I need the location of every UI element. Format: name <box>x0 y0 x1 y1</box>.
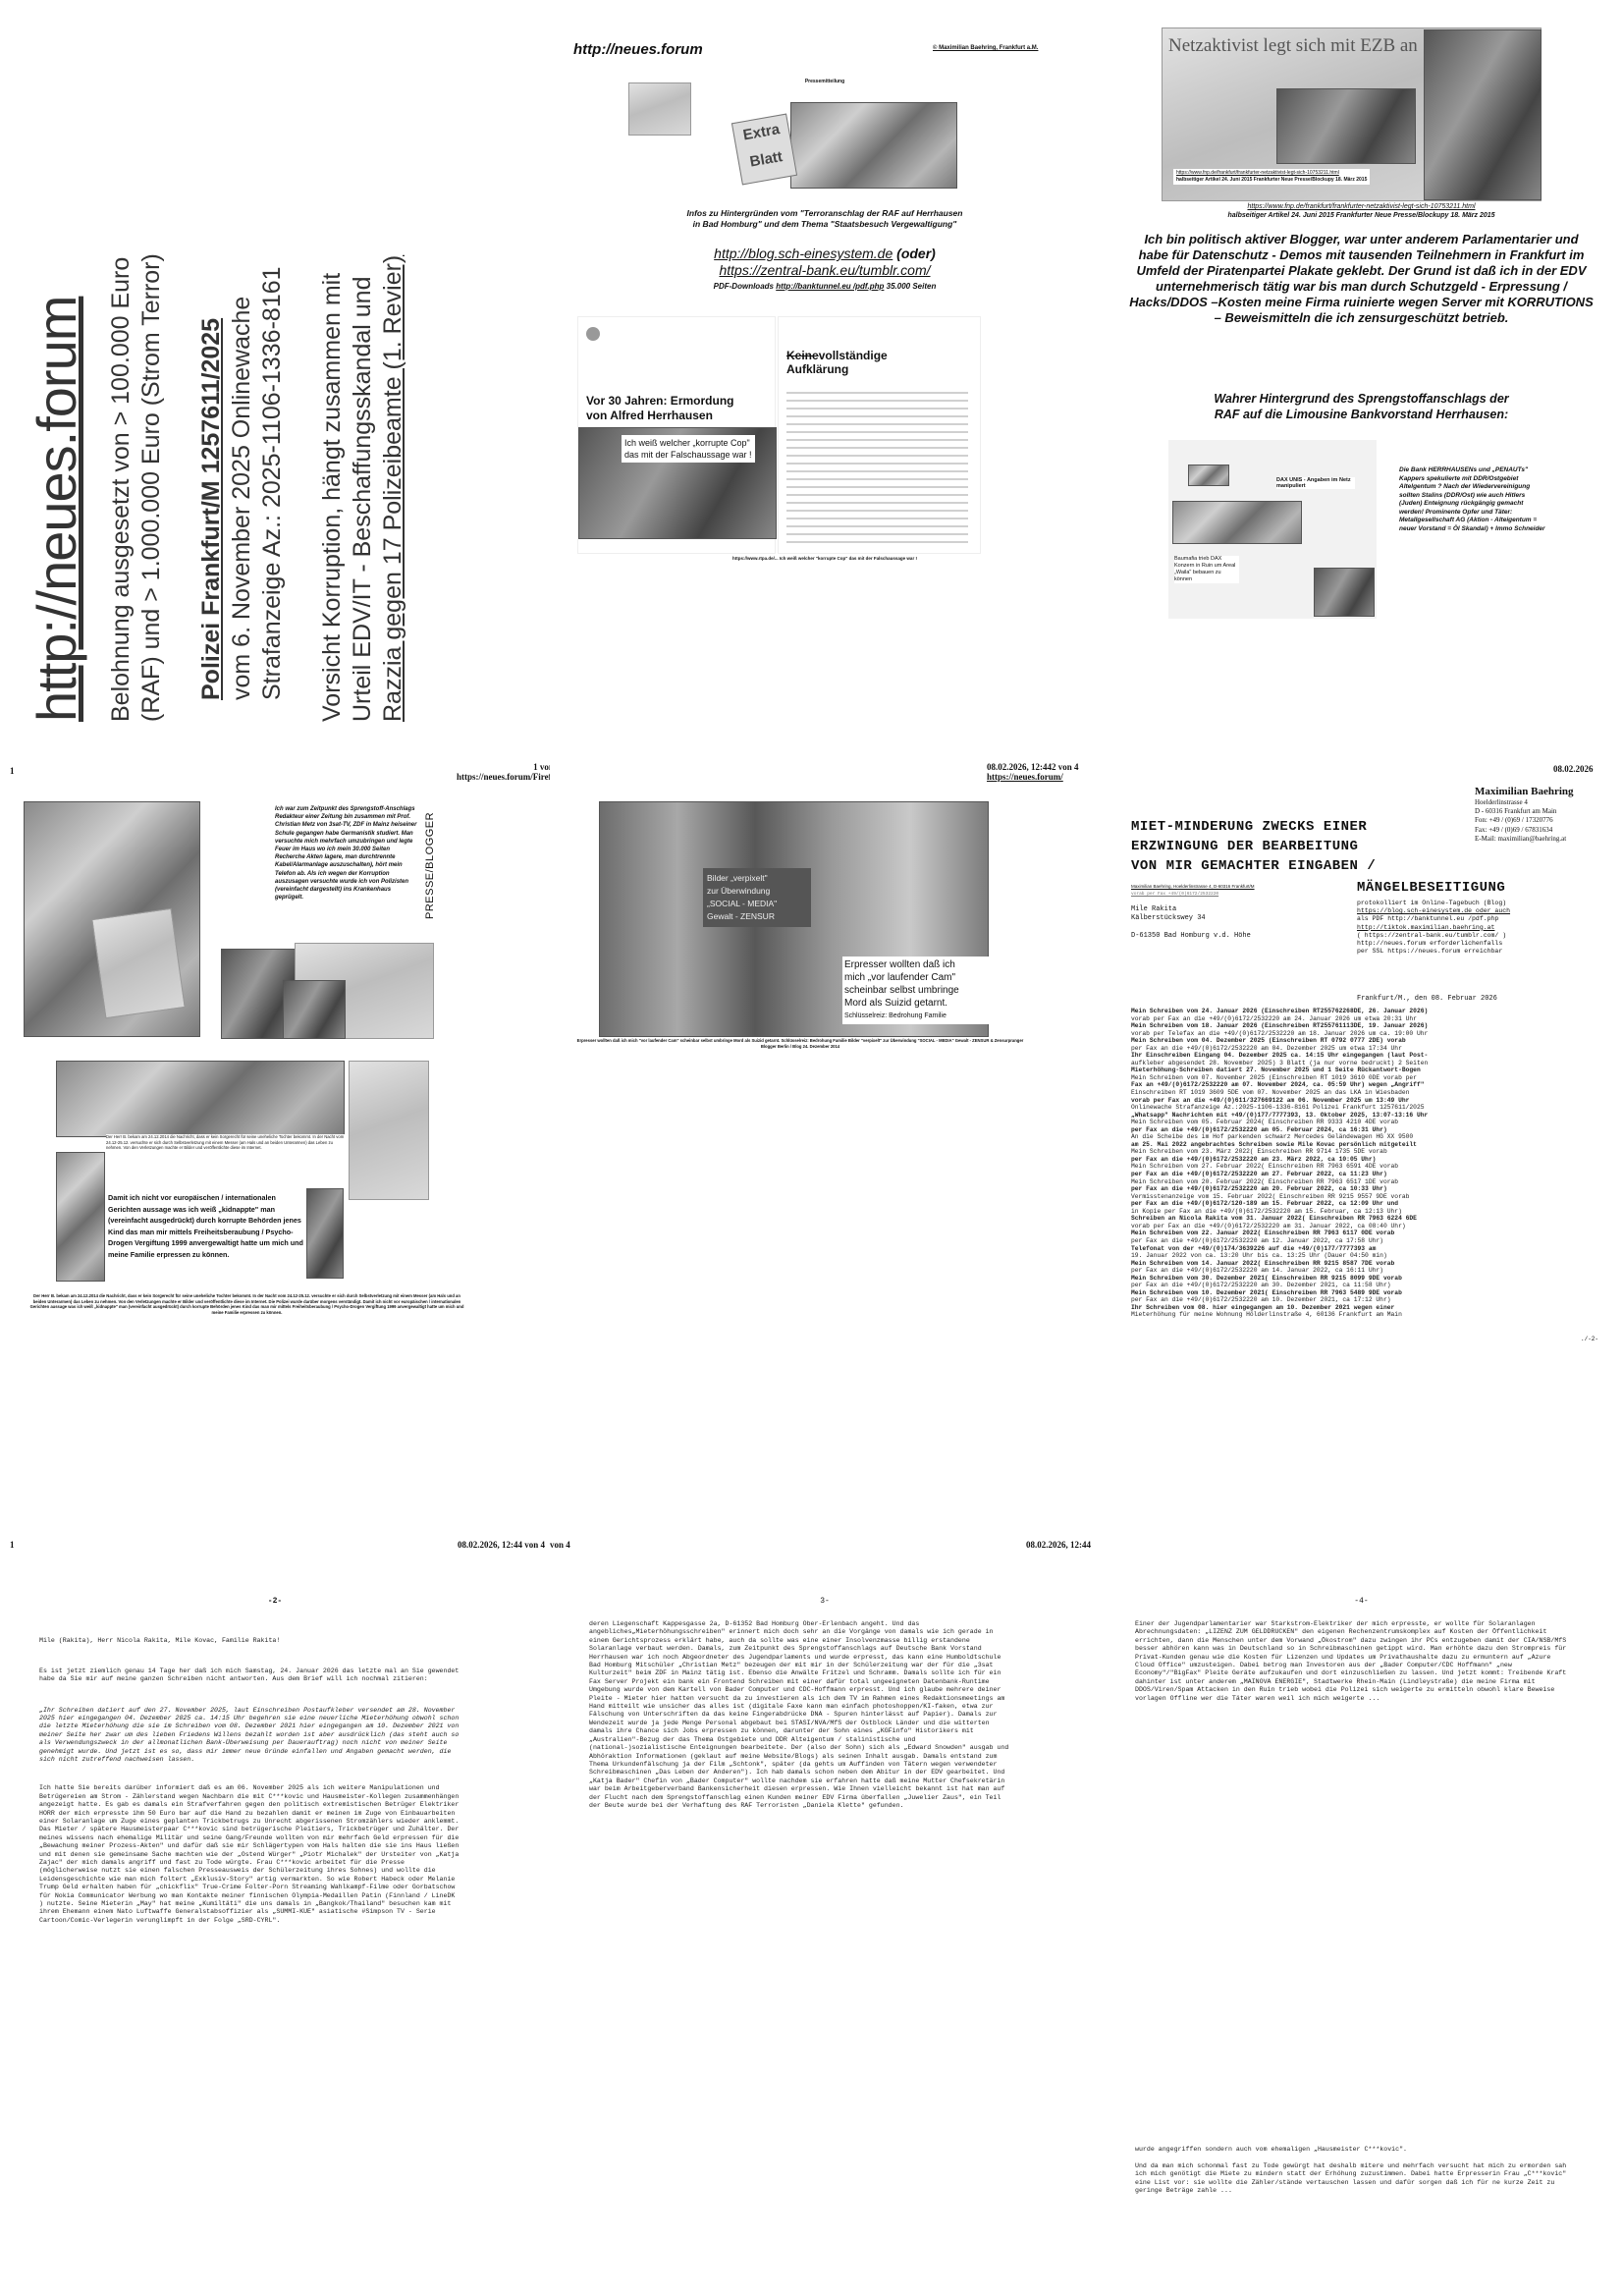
bank-side-text: Die Bank HERRHAUSENs und „PENAUTs" Kappe… <box>1399 466 1546 533</box>
person-photo-2 <box>283 980 346 1039</box>
herrhausen-headline: Vor 30 Jahren: Ermordung von Alfred Herr… <box>586 394 733 423</box>
continued-marker: ./-2- <box>1581 1336 1598 1342</box>
letter-title: MIET-MINDERUNG ZWECKS EINER ERZWINGUNG D… <box>1131 817 1376 876</box>
quote-line-2: mich „vor laufender Cam" <box>844 971 990 984</box>
police-notice: Polizei Frankfurt/M 1257611/2025 vom 6. … <box>196 44 288 722</box>
correspondence-entry: Mein Schreiben vom 22. Januar 2022( Eins… <box>1131 1230 1593 1237</box>
page-header-right: 08.02.2026, 12:442 von 4 https://neues.f… <box>987 762 1079 782</box>
ezb-tower-photo <box>1424 29 1542 200</box>
police-date: vom 6. November 2025 Onlinewache <box>227 44 257 700</box>
press-blogger-label: PRESSE/BLOGGER <box>424 812 436 919</box>
reward-notice: Belohnung ausgesetzt von > 100.000 Euro … <box>106 44 167 722</box>
quote-line-3: scheinbar selbst umbringe <box>844 984 990 997</box>
clipping-inner-caption: https://www.fnp.de/frankfurt/frankfurter… <box>1173 169 1370 185</box>
correspondence-entry: am 25. Mai 2022 angebrachtes Schreiben s… <box>1131 1141 1593 1149</box>
headline-line-2: von Alfred Herrhausen <box>586 409 733 423</box>
correspondence-entry: „Whatsapp" Nachrichten mit +49/(0)177/77… <box>1131 1112 1593 1120</box>
intro-paragraph: Es ist jetzt ziemlich genau 14 Tage her … <box>39 1667 461 1684</box>
police-case-number: Polizei Frankfurt/M 1257611/2025 <box>196 44 227 700</box>
aufklaerung-headline: Keinevollständige Aufklärung <box>786 349 888 376</box>
correspondence-entry: Mein Schreiben vom 23. März 2022( Einsch… <box>1131 1148 1593 1156</box>
correspondence-entry: Ihr Einschreiben Eingang 04. Dezember 20… <box>1131 1052 1593 1060</box>
warning-line-3: Razzia gegen 17 Polizeibeamte (1. Revier… <box>378 44 408 722</box>
pixel-line-4: Gewalt - ZENSUR <box>707 910 807 923</box>
correspondence-entry: Mein Schreiben vom 10. Dezember 2021( Ei… <box>1131 1289 1593 1297</box>
warning-line-1: Vorsicht Korruption, hängt zusammen mit <box>317 44 348 722</box>
inner-url[interactable]: https://www.fnp.de/frankfurt/frankfurter… <box>1176 170 1367 177</box>
correspondence-entry: per Fax an die +49/(0)6172/2532220 am 23… <box>1131 1156 1593 1164</box>
sender-name: Maximilian Baehring <box>1475 786 1574 798</box>
site-url-heading[interactable]: http://neues.forum <box>25 44 88 722</box>
blog-link[interactable]: http://blog.sch-einesystem.de <box>714 246 893 261</box>
page-marker: -2- <box>0 1597 550 1606</box>
correspondence-entry: Mein Schreiben vom 05. Februar 2024( Ein… <box>1131 1119 1593 1126</box>
pixel-line-1: Bilder „verpixelt" <box>707 872 807 885</box>
info-line-2: in Bad Homburg" und dem Thema "Staatsbes… <box>550 219 1100 230</box>
link-or-label: (oder) <box>896 246 936 261</box>
pdf-pages: 35.000 Seiten <box>887 282 937 291</box>
report-small-text: Der Herr B. bekam am 24.12.2014 die Nach… <box>106 1134 347 1151</box>
page-marker: -4- <box>1100 1597 1623 1606</box>
correspondence-entry: per Fax an die +49/(0)6172/2532220 am 04… <box>1131 1045 1593 1053</box>
page-number: 1 <box>10 766 15 776</box>
true-background-heading: Wahrer Hintergrund des Sprengstoffanschl… <box>1100 391 1623 422</box>
correspondence-entry: Mein Schreiben vom 20. Februar 2022( Ein… <box>1131 1178 1593 1186</box>
sender-email[interactable]: E-Mail: maximilian@baehring.at <box>1475 835 1574 844</box>
correspondence-entry: per Fax an die +49/(0)6172/2532220 am 30… <box>1131 1282 1593 1289</box>
pdf-label: PDF-Downloads <box>714 282 774 291</box>
correspondence-entry: Mein Schreiben vom 18. Januar 2026 (Eins… <box>1131 1022 1593 1030</box>
page-3-blogger-info: Netzaktivist legt sich mit EZB an https:… <box>1100 0 1623 746</box>
sender-city: D - 60316 Frankfurt am Main <box>1475 807 1574 816</box>
subhead-line-1: Wahrer Hintergrund des Sprengstoffanschl… <box>1100 391 1623 407</box>
collage-label-2: Baumafia trieb DAX Konzern in Ruin um Ar… <box>1174 556 1239 583</box>
header-page-of: von 4 <box>550 1540 570 1550</box>
page-6-letter-first: 08.02.2026 Maximilian Baehring Hoelderli… <box>1100 756 1623 1503</box>
copyright-note: © Maximilian Baehring, Frankfurt a.M. <box>933 45 1038 51</box>
collage-overlay-photo <box>91 908 185 1018</box>
correspondence-list: Mein Schreiben vom 24. Januar 2026 (Eins… <box>1131 1008 1593 1319</box>
pixel-line-3: „SOCIAL - MEDIA" <box>707 898 807 910</box>
headline-line-2: Aufklärung <box>786 362 888 376</box>
protocol-pdf-link[interactable]: als PDF http://banktunnel.eu /pdf.php <box>1357 915 1510 923</box>
pdf-link[interactable]: http://banktunnel.eu /pdf.php <box>776 282 884 291</box>
page-8-letter-3: von 4 08.02.2026, 12:44 3- deren Liegens… <box>550 1512 1100 2296</box>
warning-line-2: Urteil EDV/IT - Beschaffungsskandal und <box>348 44 378 722</box>
correspondence-entry: Mein Schreiben vom 07. November 2025 (Ei… <box>1131 1074 1593 1082</box>
correspondence-entry: vorab per Telefax an die +49/(0)6172/253… <box>1131 1030 1593 1038</box>
collage-photo-2 <box>1314 568 1375 617</box>
protocol-forum-link[interactable]: http://neues.forum erforderlichenfalls <box>1357 940 1510 948</box>
page-7-letter-2: 1 08.02.2026, 12:44 von 4 -2- Mile (Raki… <box>0 1512 550 2296</box>
page-marker: 3- <box>550 1597 1100 1606</box>
collage-photo-1 <box>1188 465 1229 486</box>
correspondence-entry: per Fax an die +49/(0)6172/2532220 am 10… <box>1131 1296 1593 1304</box>
title-line-2: ERZWINGUNG DER BEARBEITUNG <box>1131 837 1376 856</box>
recipient-name: Mile Rakita <box>1131 905 1251 914</box>
title-line-4: MÄNGELBESEITIGUNG <box>1357 880 1505 896</box>
letter-body: Einer der Jugendparlamentarier war Stark… <box>1135 1620 1567 1703</box>
headline-word: vollständige <box>819 349 888 362</box>
correspondence-entry: Mein Schreiben vom 04. Dezember 2025 (Ei… <box>1131 1037 1593 1045</box>
correspondence-entry: Mieterhöhung für meine Wohnung Hölderlin… <box>1131 1311 1593 1319</box>
flyer-title[interactable]: http://neues.forum <box>573 41 703 58</box>
side-photo-right <box>306 1188 344 1279</box>
page-number: 1 <box>10 1540 15 1550</box>
pixelated-label-box: Bilder „verpixelt" zur Überwindung „SOCI… <box>703 868 811 927</box>
correspondence-entry: per Fax an die +49/(0)6172/2532220 am 12… <box>1131 1237 1593 1245</box>
collage-area: DAX UNIS - Angaben im Netz manipuliert B… <box>1168 440 1377 619</box>
newspaper-photo <box>1276 88 1416 164</box>
pdf-downloads-line: PDF-Downloads http://banktunnel.eu /pdf.… <box>550 282 1100 291</box>
header-url[interactable]: https://neues.forum/ <box>987 772 1079 782</box>
correspondence-entry: vorab per Fax an die +49/(0)611/32766912… <box>1131 1097 1593 1105</box>
page-header-right: 1 von 4 https://neues.forum/Firefox <box>457 762 550 782</box>
correspondence-entry: per Fax an die +49/(0)6172/2532220 am 14… <box>1131 1267 1593 1275</box>
reward-line-1: Belohnung ausgesetzt von > 100.000 Euro <box>106 44 136 722</box>
fnp-article-caption: halbseitiger Artikel 24. Juni 2015 Frank… <box>1100 211 1623 220</box>
body-paragraph: Ich hatte Sie bereits darüber informiert… <box>39 1784 461 1925</box>
sender-block: Maximilian Baehring Hoelderlinstrasse 4 … <box>1475 786 1574 844</box>
page-5-pixelated-collage: 08.02.2026, 12:442 von 4 https://neues.f… <box>550 756 1100 1503</box>
title-line-3: VON MIR GEMACHTER EINGABEN / <box>1131 856 1376 876</box>
info-text: Infos zu Hintergründen vom "Terroranschl… <box>550 208 1100 230</box>
page-2-flyer: http://neues.forum © Maximilian Baehring… <box>550 0 1100 746</box>
page-1-title-sheet: http://neues.forum Belohnung ausgesetzt … <box>0 0 540 746</box>
correspondence-entry: Telefonat von der +49/(0)174/3639226 auf… <box>1131 1245 1593 1253</box>
strike-word: Keine <box>786 349 819 362</box>
screenshots-caption: https://www.rtpa.de/... Ich weiß welcher… <box>550 556 1100 561</box>
protocol-ssl-link[interactable]: per SSL https://neues.forum erreichbar <box>1357 948 1510 956</box>
correspondence-entry: Ihr Schreiben vom 08. hier eingegangen a… <box>1131 1304 1593 1312</box>
extra-blatt-sign: Extra Blatt <box>731 114 797 186</box>
correspondence-entry: Mein Schreiben vom 27. Februar 2022( Ein… <box>1131 1163 1593 1171</box>
correspondence-entry: Einschreiben RT 1019 3609 5DE vom 07. No… <box>1131 1089 1593 1097</box>
collage-caption: Erpresser wollten daß ich mich "vor lauf… <box>569 1038 1031 1049</box>
correspondence-entry: Onlinewache Strafanzeige Az.:2025-1106-1… <box>1131 1104 1593 1112</box>
correspondence-entry: vorab per Fax an die +49/(0)6172/2532220… <box>1131 1223 1593 1230</box>
correspondence-entry: aufkleber abgesendet 28. November 2025) … <box>1131 1060 1593 1067</box>
correspondence-entry: Mieterhöhung-Schreiben datiert 27. Novem… <box>1131 1066 1593 1074</box>
reward-line-2: (RAF) und > 1.000.000 Euro (Strom Terror… <box>136 44 167 722</box>
collage-chart-photo <box>1172 501 1302 544</box>
quoted-paragraph: „Ihr Schreiben datiert auf den 27. Novem… <box>39 1707 461 1765</box>
letter-body: Mile (Rakita), Herr Nicola Rakita, Mile … <box>39 1620 461 1941</box>
corrupt-cop-overlay: Ich weiß welcher „korrupte Cop" das mit … <box>622 435 755 463</box>
correspondence-entry: 19. Januar 2022 von ca. 13:20 Uhr bis ca… <box>1131 1252 1593 1260</box>
protocol-links: protokolliert im Online-Tagebuch (Blog) … <box>1357 900 1510 956</box>
header-date-page: 08.02.2026, 12:442 von 4 <box>987 762 1079 772</box>
page-9-letter-4: -4- Einer der Jugendparlamentarier war S… <box>1100 1512 1623 2296</box>
article-link-caption: https://www.fnp.de/frankfurt/frankfurter… <box>1100 202 1623 220</box>
link-block: http://blog.sch-einesystem.de (oder) htt… <box>550 246 1100 279</box>
protocol-tiktok-link[interactable]: http://tiktok.maximilian.baehring.at <box>1357 924 1510 932</box>
page-4-press-blogger: 1 1 von 4 https://neues.forum/Firefox Ic… <box>0 756 550 1503</box>
recipient-street: Kälberstückswey 34 <box>1131 914 1251 923</box>
correspondence-entry: Schreiben an Nicola Rakita vom 31. Janua… <box>1131 1215 1593 1223</box>
correspondence-entry: per Fax an die +49/(0)6172/2532220 am 27… <box>1131 1171 1593 1178</box>
return-address: Maximilian Baehring, Hoelderlinstrasse 4… <box>1131 884 1255 889</box>
inner-caption: halbseitiger Artikel 24. Juni 2015 Frank… <box>1176 177 1367 184</box>
fire-photo <box>56 1061 345 1137</box>
fnp-article-link[interactable]: https://www.fnp.de/frankfurt/frankfurter… <box>1100 202 1623 211</box>
kidnap-quote: Damit ich nicht vor europäischen / inter… <box>108 1192 304 1260</box>
attacked-line: wurde angegriffen sondern auch vom ehema… <box>1135 2146 1567 2154</box>
left-article-screenshot: Vor 30 Jahren: Ermordung von Alfred Herr… <box>577 316 776 554</box>
quote-line-4: Mord als Suizid getarnt. <box>844 997 990 1010</box>
header-date: 08.02.2026 <box>1553 764 1594 774</box>
correspondence-entry: vorab per Fax an die +49/(0)6172/2532220… <box>1131 1015 1593 1023</box>
correspondence-entry: Vermisstenanzeige vom 15. Februar 2022( … <box>1131 1193 1593 1201</box>
article-body-lines <box>786 386 968 543</box>
warning-notice: Vorsicht Korruption, hängt zusammen mit … <box>317 44 408 722</box>
right-article-screenshot: Keinevollständige Aufklärung <box>778 316 981 554</box>
correspondence-entry: An die Scheibe des im Hof parkenden schw… <box>1131 1133 1593 1141</box>
info-line-1: Infos zu Hintergründen vom "Terroranschl… <box>550 208 1100 219</box>
correspondence-entry: per Fax an die +49/(0)6172/120-189 am 15… <box>1131 1200 1593 1208</box>
police-az: Strafanzeige Az.: 2025-1106-1336-8161 <box>257 44 288 700</box>
report-bottom-caption: Der Herr B. bekam am 24.12.2014 die Nach… <box>27 1293 466 1315</box>
document-screenshot <box>349 1061 429 1200</box>
pixel-line-2: zur Überwindung <box>707 885 807 898</box>
protocol-line-1: protokolliert im Online-Tagebuch (Blog) <box>1357 900 1510 907</box>
letter-body: deren Liegenschaft Kappesgasse 2a, D-613… <box>589 1620 1011 1810</box>
closing-paragraph: Und da man mich schonmal fast zu Tode ge… <box>1135 2162 1567 2196</box>
correspondence-entry: Fax an +49/(0)6172/2532220 am 07. Novemb… <box>1131 1081 1593 1089</box>
place-date: Frankfurt/M., den 08. Februar 2026 <box>1357 995 1497 1003</box>
quote-line-1: Erpresser wollten daß ich <box>844 958 990 971</box>
thumb-photo <box>628 82 691 136</box>
title-line-1: MIET-MINDERUNG ZWECKS EINER <box>1131 817 1376 837</box>
header-page-of: 1 von 4 <box>457 762 550 772</box>
header-date: 08.02.2026, 12:44 von 4 <box>458 1540 545 1550</box>
correspondence-entry: per Fax an die +49/(0)6172/2532220 am 05… <box>1131 1126 1593 1134</box>
sender-street: Hoelderlinstrasse 4 <box>1475 798 1574 807</box>
extortion-quote: Erpresser wollten daß ich mich „vor lauf… <box>842 957 992 1024</box>
headline-line-1: Vor 30 Jahren: Ermordung <box>586 394 733 409</box>
recipient-city: D-61350 Bad Homburg v.d. Höhe <box>1131 932 1251 941</box>
via-fax-note: vorab per Fax +49/(0)6172/2532220 <box>1131 892 1218 897</box>
recipient-address: Mile Rakita Kälberstückswey 34 D-61350 B… <box>1131 905 1251 941</box>
cop-line-1: Ich weiß welcher „korrupte Cop" <box>624 437 752 449</box>
correspondence-entry: per Fax an die +49/(0)6172/2532220 am 20… <box>1131 1185 1593 1193</box>
correspondence-entry: in Kopie per Fax an die +49/(0)6172/2532… <box>1131 1208 1593 1216</box>
quote-keyword: Schlüsselreiz: Bedrohung Familie <box>844 1010 990 1022</box>
collage-label-1: DAX UNIS - Angaben im Netz manipuliert <box>1276 477 1355 489</box>
site-logo-icon <box>586 327 600 341</box>
subhead-line-2: RAF auf die Limousine Bankvorstand Herrh… <box>1100 407 1623 422</box>
correspondence-entry: Mein Schreiben vom 30. Dezember 2021( Ei… <box>1131 1275 1593 1283</box>
press-blurb: Ich war zum Zeitpunkt des Sprengstoff-An… <box>275 805 420 902</box>
correspondence-entry: Mein Schreiben vom 24. Januar 2026 (Eins… <box>1131 1008 1593 1015</box>
protocol-blog-link[interactable]: https://blog.sch-einesystem.de oder auch <box>1357 907 1510 915</box>
header-url[interactable]: https://neues.forum/Firefox <box>457 772 550 782</box>
rotated-title-block: http://neues.forum Belohnung ausgesetzt … <box>25 44 408 722</box>
cop-line-2: das mit der Falschaussage war ! <box>624 449 752 461</box>
header-date: 08.02.2026, 12:44 <box>1026 1540 1091 1550</box>
extra-blatt-photo <box>790 102 957 189</box>
salutation: Mile (Rakita), Herr Nicola Rakita, Mile … <box>39 1637 461 1645</box>
blogger-bio: Ich bin politisch aktiver Blogger, war u… <box>1129 232 1594 326</box>
correspondence-entry: Mein Schreiben vom 14. Januar 2022( Eins… <box>1131 1260 1593 1268</box>
sender-fax: Fax: +49 / (0)69 / 67831634 <box>1475 826 1574 835</box>
sender-phone: Fon: +49 / (0)69 / 17320776 <box>1475 816 1574 825</box>
tumblr-link[interactable]: https://zentral-bank.eu/tumblr.com/ <box>550 262 1100 279</box>
newspaper-headline: Netzaktivist legt sich mit EZB an <box>1168 35 1418 57</box>
side-photo-left <box>56 1152 105 1282</box>
protocol-tumblr-link[interactable]: ( https://zentral-bank.eu/tumblr.com/ ) <box>1357 932 1510 940</box>
